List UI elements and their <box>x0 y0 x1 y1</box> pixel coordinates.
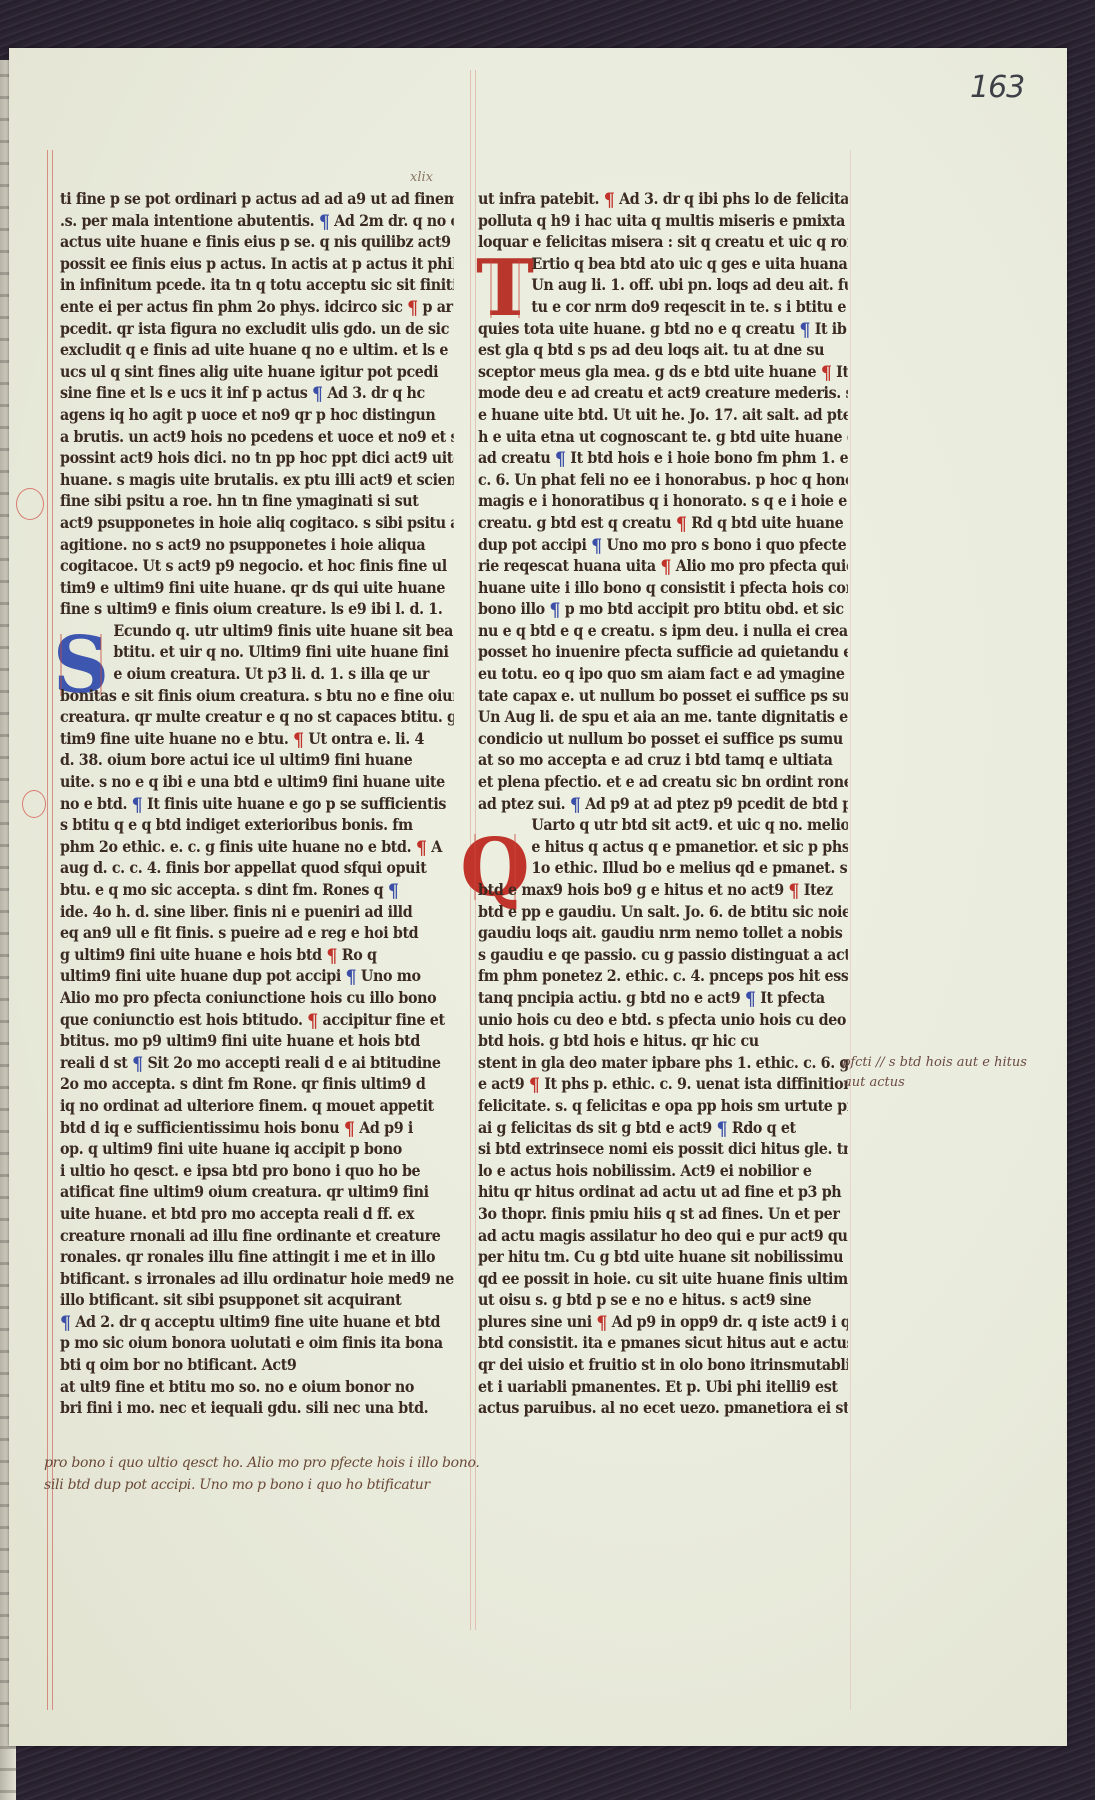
text-line: Alio mo pro pfecta coniunctione hois cu … <box>60 987 454 1009</box>
marginal-flourish <box>22 790 46 818</box>
text-line: c. 6. Un phat feli no ee i honorabus. p … <box>478 469 848 491</box>
text-line: quies tota uite huane. g btd no e q crea… <box>478 318 848 340</box>
text-line: excludit q e finis ad uite huane q no e … <box>60 339 454 361</box>
text-line: at ult9 fine et btitu mo so. no e oium b… <box>60 1376 454 1398</box>
text-line: btificant. s irronales ad illu ordinatur… <box>60 1268 454 1290</box>
text-line: at so mo accepta e ad cruz i btd tamq e … <box>478 749 848 771</box>
paragraph-mark-icon: ¶ <box>346 968 357 986</box>
text-line: sceptor meus gla mea. g ds e btd uite hu… <box>478 361 848 383</box>
text-line: Ertio q bea btd ato uic q ges e uita hua… <box>478 253 848 275</box>
text-line: g ultim9 fini uite huane e hois btd ¶ Ro… <box>60 944 454 966</box>
paragraph-mark-icon: ¶ <box>132 1055 143 1073</box>
text-line: uite huane. et btd pro mo accepta reali … <box>60 1203 454 1225</box>
text-line: agens iq ho agit p uoce et no9 qr p hoc … <box>60 404 454 426</box>
text-line: tim9 fine uite huane no e btu. ¶ Ut ontr… <box>60 728 454 750</box>
text-line: huane uite i illo bono q consistit i pfe… <box>478 577 848 599</box>
text-line: a brutis. un act9 hois no pcedens et uoc… <box>60 426 454 448</box>
text-line: per hitu tm. Cu g btd uite huane sit nob… <box>478 1246 848 1268</box>
text-line: est gla q btd s ps ad deu loqs ait. tu a… <box>478 339 848 361</box>
paragraph-mark-icon: ¶ <box>716 1120 727 1138</box>
text-line: btu. e q mo sic accepta. s dint fm. Rone… <box>60 879 454 901</box>
text-line: atificat fine ultim9 oium creatura. qr u… <box>60 1181 454 1203</box>
text-line: posset ho inuenire pfecta sufficie ad qu… <box>478 641 848 663</box>
right-text-column: ut infra patebit. ¶ Ad 3. dr q ibi phs l… <box>478 188 880 1419</box>
paragraph-mark-icon: ¶ <box>660 558 671 576</box>
text-line: bti q oim bor no btificant. Act9 <box>60 1354 454 1376</box>
text-line: qr dei uisio et fruitio st in olo bono i… <box>478 1354 848 1376</box>
text-line: bri fini i mo. nec et iequali gdu. sili … <box>60 1397 454 1419</box>
text-line: ai g felicitas ds sit g btd e act9 ¶ Rdo… <box>478 1117 848 1139</box>
paragraph-mark-icon: ¶ <box>591 537 602 555</box>
paragraph-mark-icon: ¶ <box>132 796 143 814</box>
text-line: rie reqescat huana uita ¶ Alio mo pro pf… <box>478 555 848 577</box>
text-line: in infinitum pcede. ita tn q totu accept… <box>60 274 454 296</box>
text-line: lo e actus hois nobilissim. Act9 ei nobi… <box>478 1160 848 1182</box>
paragraph-mark-icon: ¶ <box>549 601 560 619</box>
text-line: btd d iq e sufficientissimu hois bonu ¶ … <box>60 1117 454 1139</box>
text-line: plures sine uni ¶ Ad p9 in opp9 dr. q is… <box>478 1311 848 1333</box>
text-line: actus uite huane e finis eius p se. q ni… <box>60 231 454 253</box>
text-line: sine fine et ls e ucs it inf p actus ¶ A… <box>60 382 454 404</box>
text-line: reali d st ¶ Sit 2o mo accepti reali d e… <box>60 1052 454 1074</box>
paragraph-mark-icon: ¶ <box>745 990 756 1008</box>
footnote-line: sili btd dup pot accipi. Uno mo p bono i… <box>44 1474 474 1496</box>
text-line: magis e i honoratibus q i honorato. s q … <box>478 490 848 512</box>
text-line: op. q ultim9 fini uite huane iq accipit … <box>60 1138 454 1160</box>
text-line: Uarto q utr btd sit act9. et uic q no. m… <box>478 814 848 836</box>
text-line: e huane uite btd. Ut uit he. Jo. 17. ait… <box>478 404 848 426</box>
text-line: ad actu magis assilatur ho deo qui e pur… <box>478 1225 848 1247</box>
text-line: bono illo ¶ p mo btd accipit pro btitu o… <box>478 598 848 620</box>
quire-mark: xlix <box>410 170 433 185</box>
text-line: e hitus q actus q e pmanetior. et sic p … <box>478 836 848 858</box>
text-line: .s. per mala intentione abutentis. ¶ Ad … <box>60 210 454 232</box>
text-line: tanq pncipia actiu. g btd no e act9 ¶ It… <box>478 987 848 1009</box>
text-line: btitus. mo p9 ultim9 fini uite huane et … <box>60 1030 454 1052</box>
right-marginal-note: pfcti // s btd hois aut e hitus aut actu… <box>842 1053 1062 1093</box>
paragraph-mark-icon: ¶ <box>604 191 615 209</box>
paragraph-mark-icon: ¶ <box>596 1314 607 1332</box>
text-line: et plena pfectio. et e ad creatu sic bn … <box>478 771 848 793</box>
text-line: qd ee possit in hoie. cu sit uite huane … <box>478 1268 848 1290</box>
text-line: possint act9 hois dici. no tn pp hoc ppt… <box>60 447 454 469</box>
text-line: tim9 e ultim9 fini uite huane. qr ds qui… <box>60 577 454 599</box>
text-line: tate capax e. ut nullum bo posset ei suf… <box>478 685 848 707</box>
text-line: no e btd. ¶ It finis uite huane e go p s… <box>60 793 454 815</box>
paragraph-mark-icon: ¶ <box>344 1120 355 1138</box>
paragraph-mark-icon: ¶ <box>312 385 323 403</box>
text-line: fm phm ponetez 2. ethic. c. 4. pnceps po… <box>478 965 848 987</box>
text-line: loquar e felicitas misera : sit q creatu… <box>478 231 848 253</box>
text-line: ¶ Ad 2. dr q acceptu ultim9 fine uite hu… <box>60 1311 454 1333</box>
text-line: bonitas e sit finis oium creatura. s btu… <box>60 685 454 707</box>
marginal-flourish <box>16 488 44 520</box>
text-line: btd hois. g btd hois e hitus. qr hic cu <box>478 1030 848 1052</box>
text-line: tu e cor nrm do9 reqescit in te. s i bti… <box>478 296 848 318</box>
text-line: felicitate. s. q felicitas e opa pp hois… <box>478 1095 848 1117</box>
text-line: condicio ut nullum bo posset ei suffice … <box>478 728 848 750</box>
text-line: illo btificant. sit sibi psupponet sit a… <box>60 1289 454 1311</box>
margin-note-line: pfcti // s btd hois aut e hitus <box>842 1053 1062 1073</box>
text-line: pcedit. qr ista figura no excludit ulis … <box>60 318 454 340</box>
text-line: p mo sic oium bonora uolutati e oim fini… <box>60 1332 454 1354</box>
text-line: ti fine p se pot ordinari p actus ad ad … <box>60 188 454 210</box>
paragraph-mark-icon: ¶ <box>319 213 330 231</box>
text-line: huane. s magis uite brutalis. ex ptu ill… <box>60 469 454 491</box>
text-line: que coniunctio est hois btitudo. ¶ accip… <box>60 1009 454 1031</box>
paragraph-mark-icon: ¶ <box>60 1314 71 1332</box>
text-line: Un Aug li. de spu et aia an me. tante di… <box>478 706 848 728</box>
text-line: hitu qr hitus ordinat ad actu ut ad fine… <box>478 1181 848 1203</box>
text-line: fine s ultim9 e finis oium creature. ls … <box>60 598 454 620</box>
paragraph-mark-icon: ¶ <box>799 321 810 339</box>
footnote-line: pro bono i quo ultio qesct ho. Alio mo p… <box>44 1452 474 1474</box>
text-line: s btitu q e q btd indiget exterioribus b… <box>60 814 454 836</box>
margin-note-line: aut actus <box>842 1073 1062 1093</box>
paragraph-mark-icon: ¶ <box>416 839 427 857</box>
text-line: d. 38. oium bore actui ice ul ultim9 fin… <box>60 749 454 771</box>
text-line: Un aug li. 1. off. ubi pn. loqs ad deu a… <box>478 274 848 296</box>
paragraph-mark-icon: ¶ <box>788 882 799 900</box>
text-line: ut infra patebit. ¶ Ad 3. dr q ibi phs l… <box>478 188 848 210</box>
text-line: e act9 ¶ It phs p. ethic. c. 9. uenat is… <box>478 1073 848 1095</box>
paragraph-mark-icon: ¶ <box>529 1076 540 1094</box>
text-line: btd e pp e gaudiu. Un salt. Jo. 6. de bt… <box>478 901 848 923</box>
paragraph-mark-icon: ¶ <box>570 796 581 814</box>
text-line: fine sibi psitu a roe. hn tn fine ymagin… <box>60 490 454 512</box>
paragraph-mark-icon: ¶ <box>821 364 832 382</box>
text-line: ente ei per actus fin phm 2o phys. idcir… <box>60 296 454 318</box>
folio-number: 163 <box>970 70 1024 105</box>
text-line: creatu. g btd est q creatu ¶ Rd q btd ui… <box>478 512 848 534</box>
text-line: possit ee finis eius p actus. In actis a… <box>60 253 454 275</box>
text-line: 3o thopr. finis pmiu hiis q st ad fines.… <box>478 1203 848 1225</box>
paragraph-mark-icon: ¶ <box>555 450 566 468</box>
text-line: btitu. et uir q no. Ultim9 fini uite hua… <box>60 641 454 663</box>
paragraph-mark-icon: ¶ <box>307 1012 318 1030</box>
text-line: 1o ethic. Illud bo e melius qd e pmanet.… <box>478 857 848 879</box>
text-line: ide. 4o h. d. sine liber. finis ni e pue… <box>60 901 454 923</box>
text-line: btd consistit. ita e pmanes sicut hitus … <box>478 1332 848 1354</box>
text-line: iq no ordinat ad ulteriore finem. q moue… <box>60 1095 454 1117</box>
paragraph-mark-icon: ¶ <box>326 947 337 965</box>
text-line: 2o mo accepta. s dint fm Rone. qr finis … <box>60 1073 454 1095</box>
text-line: polluta q h9 i hac uita q multis miseris… <box>478 210 848 232</box>
text-line: Ecundo q. utr ultim9 finis uite huane si… <box>60 620 454 642</box>
text-line: aug d. c. c. 4. finis bor appellat quod … <box>60 857 454 879</box>
text-line: phm 2o ethic. e. c. g finis uite huane n… <box>60 836 454 858</box>
text-line: actus paruibus. al no ecet uezo. pmaneti… <box>478 1397 848 1419</box>
text-line: s gaudiu e qe passio. cu g passio distin… <box>478 944 848 966</box>
text-line: ad ptez sui. ¶ Ad p9 at ad ptez p9 pcedi… <box>478 793 848 815</box>
text-line: ad creatu ¶ It btd hois e i hoie bono fm… <box>478 447 848 469</box>
left-text-column: ti fine p se pot ordinari p actus ad ad … <box>60 188 488 1419</box>
text-line: creature rnonali ad illu fine ordinante … <box>60 1225 454 1247</box>
text-line: agitione. no s act9 no psupponetes i hoi… <box>60 534 454 556</box>
text-line: h e uita etna ut cognoscant te. g btd ui… <box>478 426 848 448</box>
text-line: cogitacoe. Ut s act9 p9 negocio. et hoc … <box>60 555 454 577</box>
text-line: ut oisu s. g btd p se e no e hitus. s ac… <box>478 1289 848 1311</box>
text-line: si btd extrinsece nomi eis possit dici h… <box>478 1138 848 1160</box>
text-line: act9 psupponetes in hoie aliq cogitaco. … <box>60 512 454 534</box>
text-line: uite. s no e q ibi e una btd e ultim9 fi… <box>60 771 454 793</box>
text-line: dup pot accipi ¶ Uno mo pro s bono i quo… <box>478 534 848 556</box>
text-line: i ultio ho qesct. e ipsa btd pro bono i … <box>60 1160 454 1182</box>
text-line: ucs ul q sint fines alig uite huane igit… <box>60 361 454 383</box>
text-line: creatura. qr multe creatur e q no st cap… <box>60 706 454 728</box>
text-line: et i uariabli pmanentes. Et p. Ubi phi i… <box>478 1376 848 1398</box>
paragraph-mark-icon: ¶ <box>407 299 418 317</box>
text-line: btd e max9 hois bo9 g e hitus et no act9… <box>478 879 848 901</box>
text-line: e oium creatura. Ut p3 li. d. 1. s illa … <box>60 663 454 685</box>
paragraph-mark-icon: ¶ <box>388 882 399 900</box>
text-line: gaudiu loqs ait. gaudiu nrm nemo tollet … <box>478 922 848 944</box>
text-line: unio hois cu deo e btd. s pfecta unio ho… <box>478 1009 848 1031</box>
text-line: ronales. qr ronales illu fine attingit i… <box>60 1246 454 1268</box>
text-line: mode deu e ad creatu et act9 creature me… <box>478 382 848 404</box>
text-line: ultim9 fini uite huane dup pot accipi ¶ … <box>60 965 454 987</box>
bottom-marginal-note: pro bono i quo ultio qesct ho. Alio mo p… <box>44 1452 474 1496</box>
paragraph-mark-icon: ¶ <box>293 731 304 749</box>
text-line: nu e q btd e q e creatu. s ipm deu. i nu… <box>478 620 848 642</box>
text-line: eq an9 ull e fit finis. s pueire ad e re… <box>60 922 454 944</box>
text-line: eu totu. eo q ipo quo sm aiam fact e ad … <box>478 663 848 685</box>
text-line: stent in gla deo mater ipbare phs 1. eth… <box>478 1052 848 1074</box>
paragraph-mark-icon: ¶ <box>676 515 687 533</box>
